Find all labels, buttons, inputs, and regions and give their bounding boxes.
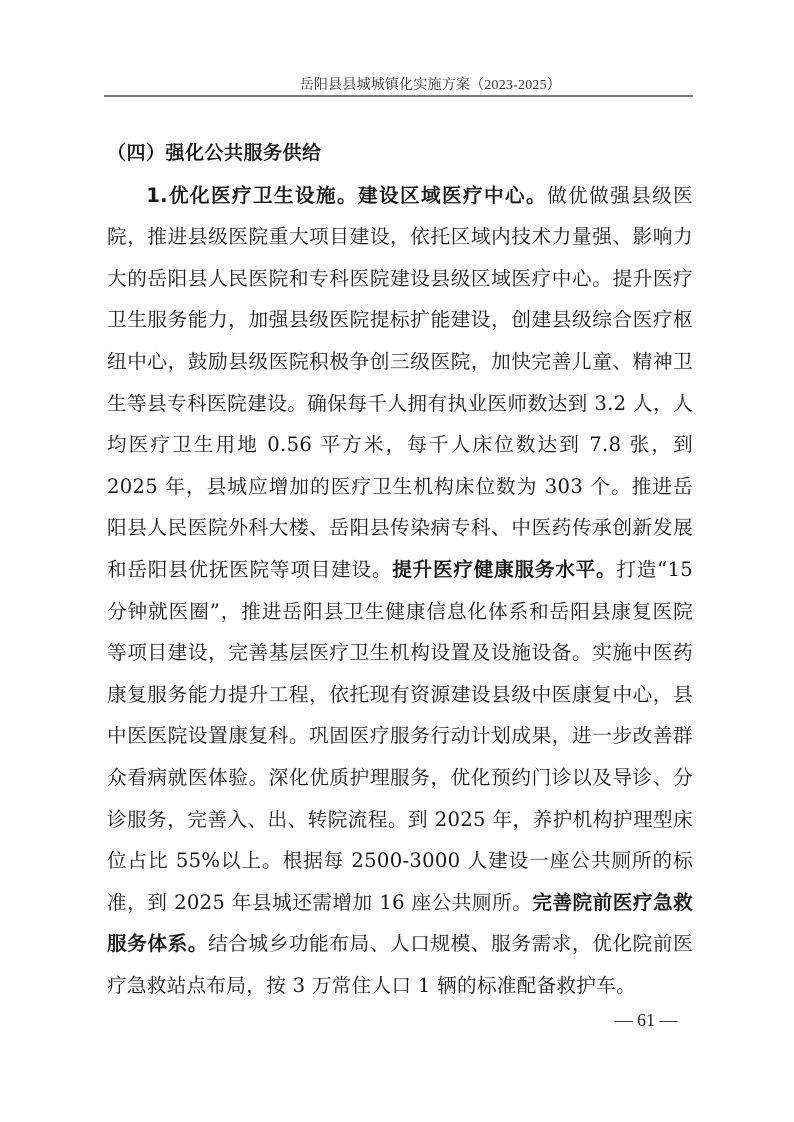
running-header: 岳阳县县城城镇化实施方案（2023-2025） [104, 74, 693, 94]
body-paragraph: 1.优化医疗卫生设施。建设区域医疗中心。做优做强县级医院，推进县级医院重大项目建… [107, 175, 693, 1007]
header-rule [104, 95, 693, 97]
paragraph-text: 做优做强县级医院，推进县级医院重大项目建设，依托区域内技术力量强、影响力大的岳阳… [107, 184, 693, 581]
section-heading: （四）强化公共服务供给 [107, 133, 693, 175]
paragraph-text: 打造“15 分钟就医圈”，推进岳阳县卫生健康信息化体系和岳阳县康复医院等项目建设… [107, 558, 693, 914]
subheading-improve-health-services: 提升医疗健康服务水平。 [392, 558, 616, 581]
page-body: （四）强化公共服务供给 1.优化医疗卫生设施。建设区域医疗中心。做优做强县级医院… [107, 133, 693, 1006]
subheading-optimize-medical-facilities: 1.优化医疗卫生设施。建设区域医疗中心。 [146, 184, 547, 207]
page-number: — 61 — [596, 1010, 696, 1031]
